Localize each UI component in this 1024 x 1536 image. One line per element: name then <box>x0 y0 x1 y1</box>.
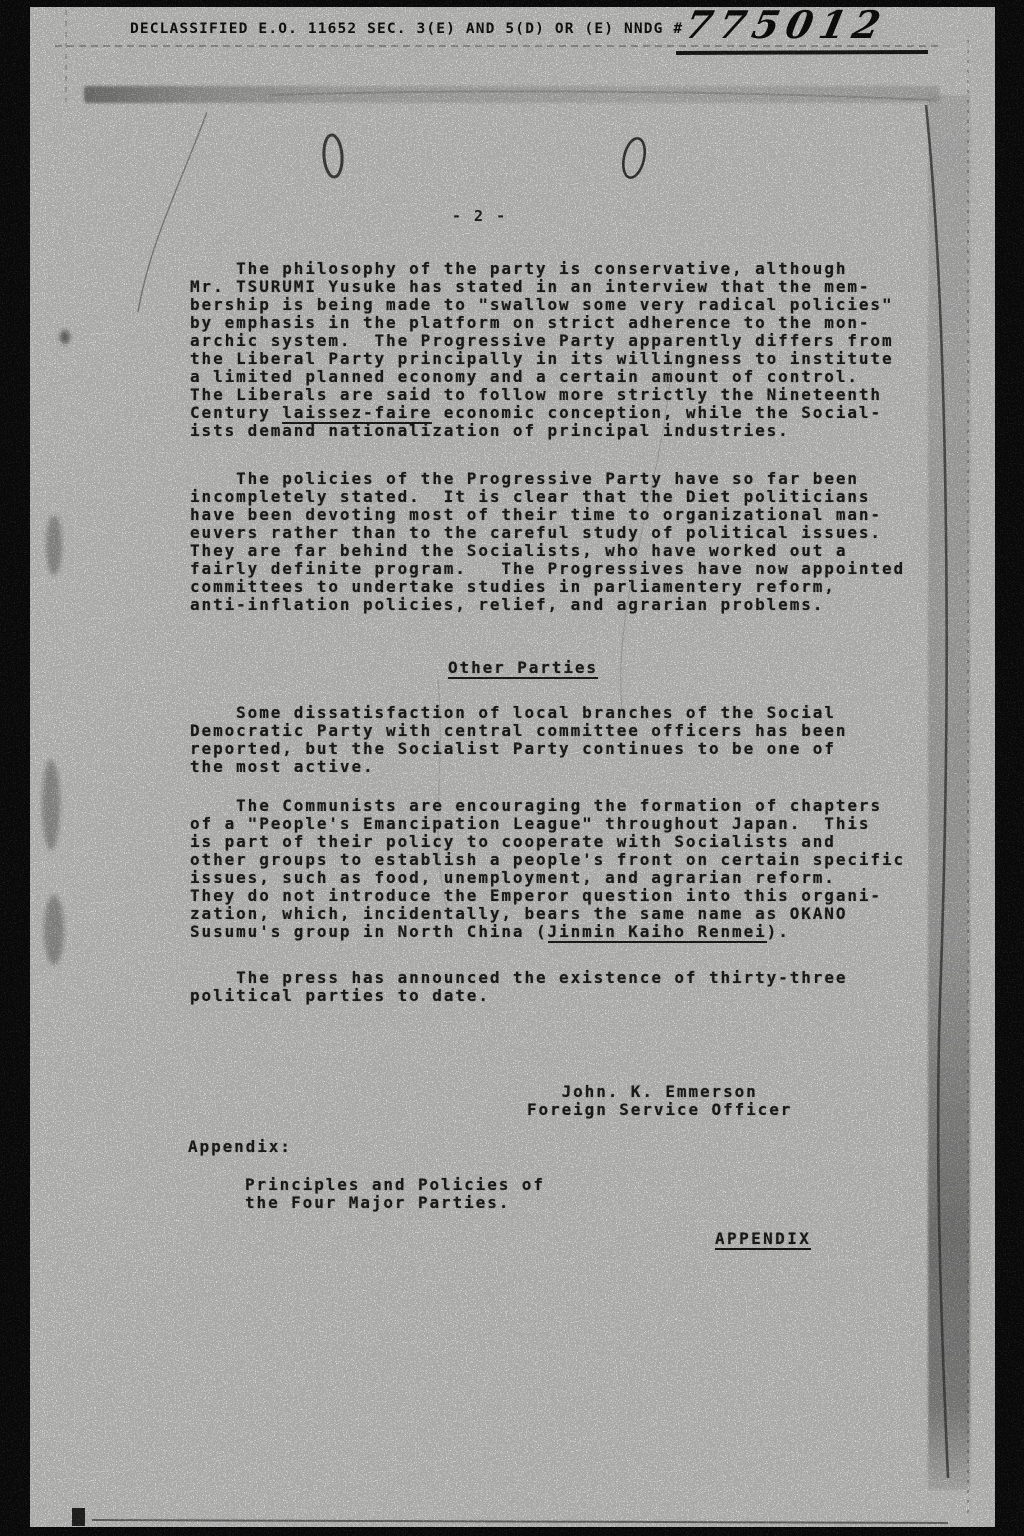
scan-speck <box>60 330 70 344</box>
scanned-document-page: DECLASSIFIED E.O. 11652 SEC. 3(E) AND 5(… <box>0 0 1024 1536</box>
paragraph-policies: The policies of the Progressive Party ha… <box>190 470 905 614</box>
section-heading-text: Other Parties <box>448 658 598 679</box>
scan-smudge <box>44 895 64 965</box>
appendix-label: Appendix: <box>188 1138 292 1156</box>
paragraph-philosophy: The philosophy of the party is conservat… <box>190 260 894 440</box>
paragraph-social-democratic: Some dissatisfaction of local branches o… <box>190 704 847 776</box>
underlined-term-jinmin-kaiho-renmei: Jinmin Kaiho Renmei <box>548 922 767 943</box>
appendix-stamp: APPENDIX <box>715 1230 811 1248</box>
signature-block: John. K. Emmerson Foreign Service Office… <box>527 1083 792 1119</box>
section-heading-other-parties: Other Parties <box>448 659 598 677</box>
declassification-number-handwritten: 775012 <box>681 2 891 47</box>
paragraph-press: The press has announced the existence of… <box>190 969 847 1005</box>
appendix-content: Principles and Policies of the Four Majo… <box>245 1176 545 1212</box>
scan-smudge <box>42 760 60 850</box>
scan-smudge <box>46 515 62 575</box>
paragraph-text: ). <box>767 922 790 941</box>
appendix-stamp-text: APPENDIX <box>715 1229 811 1250</box>
declassification-stamp: DECLASSIFIED E.O. 11652 SEC. 3(E) AND 5(… <box>130 21 683 37</box>
paragraph-communists: The Communists are encouraging the forma… <box>190 797 905 941</box>
page-number: - 2 - <box>452 207 507 225</box>
paragraph-text: The Communists are encouraging the forma… <box>190 796 905 941</box>
paragraph-text: The philosophy of the party is conservat… <box>190 259 894 422</box>
